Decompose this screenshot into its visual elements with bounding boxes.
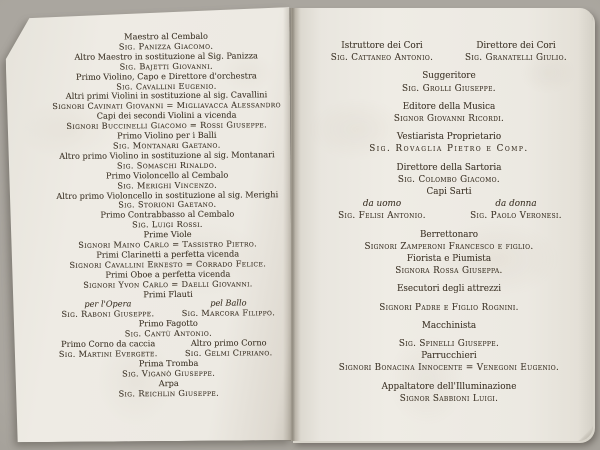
right-column-text: Direttore dei Cori — [449, 40, 583, 52]
name-line: Sig. Grolli Giuseppe. — [315, 83, 583, 95]
left-column-text: da uomo — [315, 198, 449, 210]
role-line: Capi Sarti — [315, 186, 583, 198]
role-line: Suggeritore — [315, 70, 583, 82]
role-line: Berrettonaro — [315, 229, 583, 241]
left-column-text: Sig. Cattaneo Antonio. — [315, 52, 449, 64]
right-page: Istruttore dei CoriDirettore dei CoriSig… — [291, 8, 593, 441]
two-column-line: Sig. Felisi Antonio.Sig. Paolo Veronesi. — [315, 210, 583, 222]
role-line: Appaltatore dell'Illuminazione — [315, 381, 583, 393]
name-line: Signori Padre e Figlio Rognini. — [315, 302, 583, 314]
right-column-text: da donna — [449, 198, 583, 210]
name-line: Signor Giovanni Ricordi. — [315, 113, 583, 125]
book-spread: Maestro al CembaloSig. Panizza Giacomo.A… — [7, 8, 593, 441]
page-corner-fold — [575, 423, 593, 441]
two-column-line: Sig. Cattaneo Antonio.Sig. Granatelli Gi… — [315, 52, 583, 64]
role-line: Direttore della Sartoria — [315, 162, 583, 174]
role-line: Macchinista — [315, 320, 583, 332]
two-column-line: Istruttore dei CoriDirettore dei Cori — [315, 40, 583, 52]
name-line: Sig. Spinelli Giuseppe. — [315, 338, 583, 350]
left-column-text: Istruttore dei Cori — [315, 40, 449, 52]
right-column-text: Sig. Granatelli Giulio. — [449, 52, 583, 64]
role-line: Parrucchieri — [315, 350, 583, 362]
name-line: Sig. Reichlin Giuseppe. — [48, 388, 289, 400]
photo-background: Maestro al CembaloSig. Panizza Giacomo.A… — [0, 0, 600, 450]
left-column-text: Sig. Felisi Antonio. — [315, 210, 449, 222]
left-page-wrap: Maestro al CembaloSig. Panizza Giacomo.A… — [7, 8, 291, 441]
left-page: Maestro al CembaloSig. Panizza Giacomo.A… — [5, 7, 292, 442]
two-column-line: da uomoda donna — [315, 198, 583, 210]
name-line: Signori Zamperoni Francesco e figlio. — [315, 241, 583, 253]
role-line: Esecutori degli attrezzi — [315, 283, 583, 295]
name-line: Sig. Colombo Giacomo. — [315, 174, 583, 186]
role-line: Editore della Musica — [315, 101, 583, 113]
left-page-text: Maestro al CembaloSig. Panizza Giacomo.A… — [45, 31, 289, 399]
role-line: Fiorista e Piumista — [315, 253, 583, 265]
name-line: Signori Bonacina Innocente = Venegoni Eu… — [315, 362, 583, 374]
name-line: Signora Rossa Giuseppa. — [315, 265, 583, 277]
right-page-text: Istruttore dei CoriDirettore dei CoriSig… — [315, 40, 583, 405]
role-line: Vestiarista Proprietario — [315, 131, 583, 143]
name-line: Signor Sabbioni Luigi. — [315, 393, 583, 405]
name-line: Sig. Rovaglia Pietro e Comp. — [315, 143, 583, 155]
right-column-text: Sig. Paolo Veronesi. — [449, 210, 583, 222]
